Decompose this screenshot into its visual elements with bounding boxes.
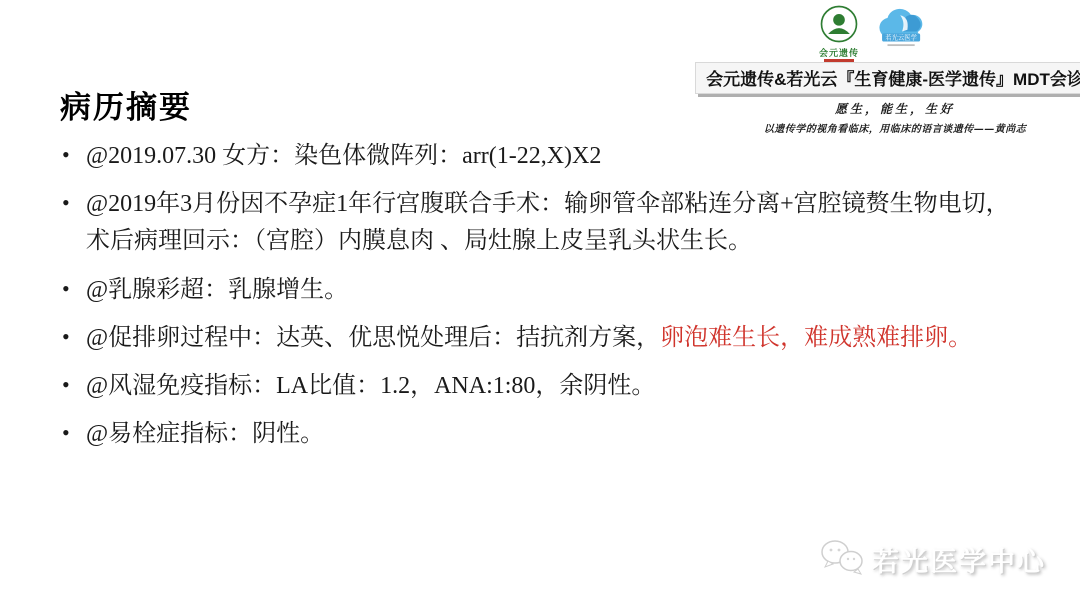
bullet-text-segment: @促排卵过程中：达英、优思悦处理后：拮抗剂方案，	[86, 325, 660, 351]
huiyuan-seal-logo: 会元遗传	[819, 4, 859, 62]
slogan-line-2: 以遗传学的视角看临床，用临床的语言谈遗传——黄尚志	[764, 120, 1027, 135]
bullet-text-segment: @2019年3月份因不孕症1年行宫腹联合手术：输卵管伞部粘连分离+宫腔镜赘生物电…	[86, 191, 1010, 254]
cloud-icon: 若光云医学	[873, 4, 931, 55]
slogans: 愿生，能生，生好 以遗传学的视角看临床，用临床的语言谈遗传——黄尚志	[764, 100, 1027, 135]
org-title-bar: 会元遗传&若光云『生育健康-医学遗传』MDT会诊	[695, 62, 1080, 94]
bullet-item: @易栓症指标：阴性。	[60, 416, 1025, 453]
bullet-item: @乳腺彩超：乳腺增生。	[60, 272, 1025, 309]
bullet-text-segment: 卵泡难生长，难成熟难排卵。	[660, 325, 972, 351]
bullet-text-segment: @乳腺彩超：乳腺增生。	[86, 277, 348, 303]
bullet-list: @2019.07.30 女方：染色体微阵列：arr(1-22,X)X2@2019…	[60, 138, 1025, 464]
logo-row: 会元遗传 若光云医学	[819, 4, 931, 60]
brand-block: 会元遗传 若光云医学 会元遗传&若光云『生育健康-医学遗传』MDT会诊	[710, 4, 1080, 135]
slide: 会元遗传 若光云医学 会元遗传&若光云『生育健康-医学遗传』MDT会诊	[0, 0, 1080, 608]
bullet-text-segment: @2019.07.30 女方：染色体微阵列：arr(1-22,X)X2	[86, 143, 601, 169]
watermark-text: 若光医学中心	[872, 540, 1046, 579]
svg-text:若光云医学: 若光云医学	[885, 33, 917, 42]
bullet-item: @促排卵过程中：达英、优思悦处理后：拮抗剂方案，卵泡难生长，难成熟难排卵。	[60, 320, 1025, 357]
wechat-bubbles-icon	[820, 537, 866, 582]
bullet-item: @2019.07.30 女方：染色体微阵列：arr(1-22,X)X2	[60, 138, 1025, 175]
bullet-text-segment: @风湿免疫指标：LA比值：1.2，ANA:1:80，余阴性。	[86, 373, 655, 399]
bullet-item: @2019年3月份因不孕症1年行宫腹联合手术：输卵管伞部粘连分离+宫腔镜赘生物电…	[60, 186, 1025, 260]
page-title: 病历摘要	[60, 82, 192, 127]
slogan-line-1: 愿生，能生，生好	[764, 100, 1027, 117]
bullet-item: @风湿免疫指标：LA比值：1.2，ANA:1:80，余阴性。	[60, 368, 1025, 405]
person-seal-icon	[819, 4, 859, 49]
logo-left-caption: 会元遗传	[819, 49, 859, 58]
watermark: 若光医学中心	[820, 537, 1046, 582]
bullet-text-segment: @易栓症指标：阴性。	[86, 421, 324, 447]
ruoguang-cloud-logo: 若光云医学	[873, 4, 931, 55]
